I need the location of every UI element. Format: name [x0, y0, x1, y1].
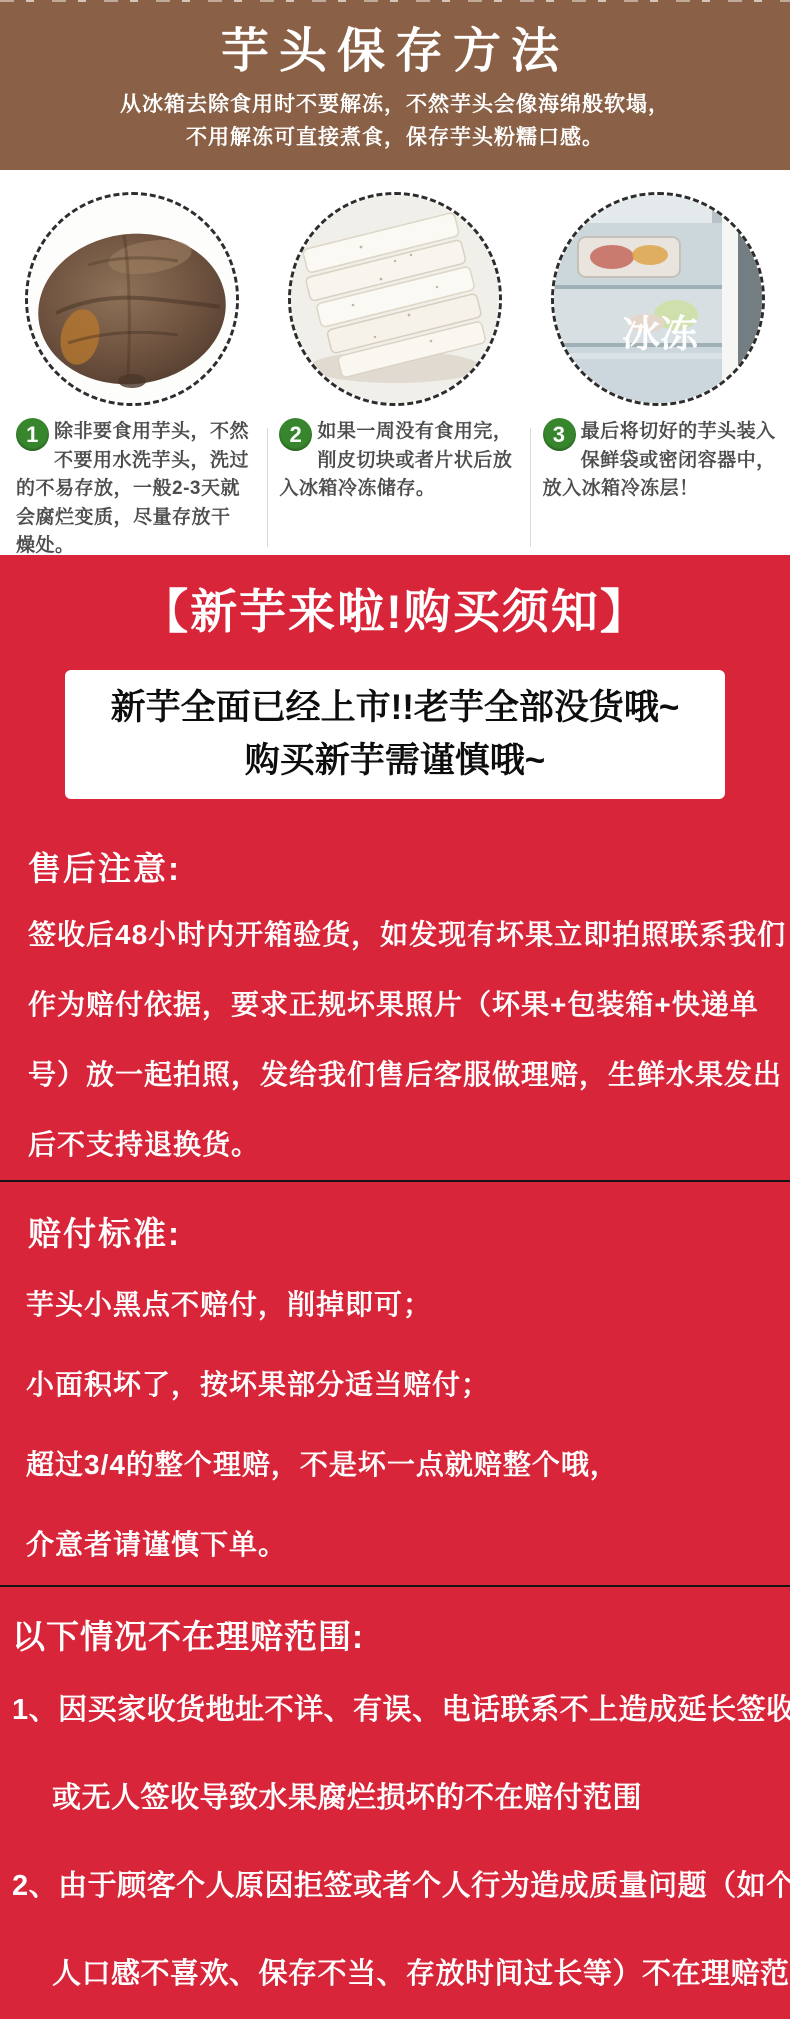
exclusions-list: 1、因买家收货地址不详、有误、电话联系不上造成延长签收 或无人签收导致水果腐烂损…	[0, 1666, 790, 2018]
step-3-number-badge: 3	[543, 418, 576, 451]
new-taro-alert-box: 新芋全面已经上市!!老芋全部没货哦~ 购买新芋需谨慎哦~	[65, 670, 725, 799]
step-column-3: 冰冻 3最后将切好的芋头装入保鲜袋或密闭容器中，放入冰箱冷冻层！	[527, 170, 790, 555]
exclusions-title: 以下情况不在理赔范围:	[12, 1611, 790, 1658]
column-divider-2	[530, 428, 531, 547]
step-1-text-block: 1除非要食用芋头，不然不要用水洗芋头，洗过的不易存放，一般2-3天就会腐烂变质，…	[16, 418, 249, 561]
storage-method-section: 芋头保存方法 从冰箱去除食用时不要解冻，不然芋头会像海绵般软塌， 不用解冻可直接…	[0, 0, 790, 170]
step-1-text: 除非要食用芋头，不然不要用水洗芋头，洗过的不易存放，一般2-3天就会腐烂变质，尽…	[16, 421, 249, 556]
aftersale-line: 号）放一起拍照，发给我们售后客服做理赔，生鲜水果发出	[28, 1040, 782, 1110]
whole-taro-image	[28, 195, 236, 403]
compensation-item: 介意者请谨慎下单。	[26, 1505, 782, 1585]
compensation-item: 小面积坏了，按坏果部分适当赔付；	[26, 1345, 782, 1425]
step-3-text-block: 3最后将切好的芋头装入保鲜袋或密闭容器中，放入冰箱冷冻层！	[543, 418, 776, 504]
purchase-notice-section: 【新芋来啦!购买须知】 新芋全面已经上市!!老芋全部没货哦~ 购买新芋需谨慎哦~…	[0, 555, 790, 2019]
storage-steps-section: 1除非要食用芋头，不然不要用水洗芋头，洗过的不易存放，一般2-3天就会腐烂变质，…	[0, 170, 790, 555]
step-2-text: 如果一周没有食用完，削皮切块或者片状后放入冰箱冷冻储存。	[279, 421, 512, 499]
step-1-number-badge: 1	[16, 418, 49, 451]
top-edge-sliver	[0, 0, 790, 2]
exclusion-line: 1、因买家收货地址不详、有误、电话联系不上造成延长签收	[12, 1666, 790, 1754]
compensation-item: 超过3/4的整个理赔，不是坏一点就赔整个哦，	[26, 1425, 782, 1505]
step-column-2: 2如果一周没有食用完，削皮切块或者片状后放入冰箱冷冻储存。	[263, 170, 526, 555]
step-3-text: 最后将切好的芋头装入保鲜袋或密闭容器中，放入冰箱冷冻层！	[543, 421, 776, 499]
taro-slices-image	[291, 195, 499, 403]
taro-photo-circle	[25, 192, 239, 406]
step-column-1: 1除非要食用芋头，不然不要用水洗芋头，洗过的不易存放，一般2-3天就会腐烂变质，…	[0, 170, 263, 555]
section-divider-2	[0, 1585, 790, 1587]
aftersale-line: 签收后48小时内开箱验货，如发现有坏果立即拍照联系我们	[28, 900, 782, 970]
freezer-photo-circle: 冰冻	[551, 192, 765, 406]
aftersale-title: 售后注意:	[28, 843, 790, 890]
compensation-title: 赔付标准:	[28, 1208, 790, 1255]
exclusion-line: 人口感不喜欢、保存不当、存放时间过长等）不在理赔范围	[52, 1930, 790, 2018]
freezer-image: 冰冻	[554, 195, 762, 403]
step-2-number-badge: 2	[279, 418, 312, 451]
compensation-list: 芋头小黑点不赔付，削掉即可； 小面积坏了，按坏果部分适当赔付； 超过3/4的整个…	[26, 1265, 782, 1585]
alert-line1: 新芋全面已经上市!!老芋全部没货哦~	[69, 682, 721, 735]
storage-subtitle-line1: 从冰箱去除食用时不要解冻，不然芋头会像海绵般软塌，	[0, 89, 790, 122]
storage-subtitle: 从冰箱去除食用时不要解冻，不然芋头会像海绵般软塌， 不用解冻可直接煮食，保存芋头…	[0, 89, 790, 154]
storage-title: 芋头保存方法	[0, 2, 790, 81]
freezer-label: 冰冻	[622, 314, 699, 356]
taro-slices-photo-circle	[288, 192, 502, 406]
aftersale-line: 后不支持退换货。	[28, 1110, 782, 1180]
step-2-text-block: 2如果一周没有食用完，削皮切块或者片状后放入冰箱冷冻储存。	[279, 418, 512, 504]
column-divider-1	[267, 428, 268, 547]
exclusion-line: 2、由于顾客个人原因拒签或者个人行为造成质量问题（如个	[12, 1842, 790, 1930]
product-detail-poster: 芋头保存方法 从冰箱去除食用时不要解冻，不然芋头会像海绵般软塌， 不用解冻可直接…	[0, 0, 790, 2019]
compensation-item: 芋头小黑点不赔付，削掉即可；	[26, 1265, 782, 1345]
exclusion-line: 或无人签收导致水果腐烂损坏的不在赔付范围	[52, 1754, 790, 1842]
alert-line2: 购买新芋需谨慎哦~	[69, 735, 721, 788]
aftersale-paragraph: 签收后48小时内开箱验货，如发现有坏果立即拍照联系我们 作为赔付依据，要求正规坏…	[28, 900, 782, 1180]
storage-subtitle-line2: 不用解冻可直接煮食，保存芋头粉糯口感。	[0, 122, 790, 155]
purchase-notice-heading: 【新芋来啦!购买须知】	[0, 555, 790, 642]
section-divider-1	[0, 1180, 790, 1182]
aftersale-line: 作为赔付依据，要求正规坏果照片（坏果+包装箱+快递单	[28, 970, 782, 1040]
